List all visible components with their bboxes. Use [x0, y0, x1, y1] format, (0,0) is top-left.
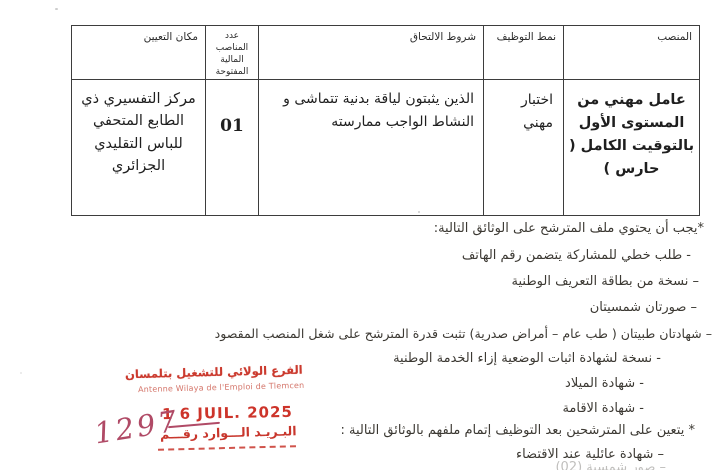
requirement-item: - شهادة الميلاد	[565, 376, 644, 392]
stamp-dashed-underline	[158, 445, 296, 451]
cell-mode: اختبار مهني	[484, 79, 564, 215]
scan-speck	[55, 8, 58, 10]
post-hire-intro: * يتعين على المترشحين بعد التوظيف إتمام …	[340, 423, 695, 439]
requirement-item: – صورتان شمسيتان	[590, 300, 697, 316]
requirement-item: - شهادة الاقامة	[562, 401, 644, 417]
scanned-document: المنصب نمط التوظيف شروط الالتحاق عدد الم…	[0, 0, 724, 470]
scan-speck	[418, 211, 420, 213]
requirement-item: - نسخة لشهادة اثبات الوضعية إزاء الخدمة …	[393, 351, 661, 367]
cell-count: 01	[206, 79, 259, 215]
col-header-mode: نمط التوظيف	[484, 26, 564, 80]
stamp-office-name-arabic: الفرع الولائي للتشغيل بتلمسان	[125, 363, 303, 382]
table-row: عامل مهني من المستوى الأول بالتوقيت الكا…	[72, 79, 700, 215]
partial-cutoff-line: – صور شمسية (02)	[555, 460, 666, 470]
requirement-item: - طلب خطي للمشاركة يتضمن رقم الهاتف	[462, 248, 691, 264]
stamp-office-name-french: Antenne Wilaya de l'Emploi de Tlemcen	[138, 381, 305, 394]
vacancy-table: المنصب نمط التوظيف شروط الالتحاق عدد الم…	[71, 25, 700, 216]
stamp-date: 1 6 JUIL. 2025	[162, 403, 293, 423]
requirement-item: – شهادتان طبيتان ( طب عام – أمراض صدرية)…	[215, 326, 712, 341]
cell-location: مركز التفسيري ذي الطابع المتحفي للباس ال…	[72, 79, 206, 215]
documents-intro: *يجب أن يحتوي ملف المترشح على الوثائق ال…	[434, 221, 704, 237]
col-header-position: المنصب	[564, 26, 700, 80]
scan-speck	[20, 372, 22, 374]
requirement-item: – نسخة من بطاقة التعريف الوطنية	[512, 274, 700, 290]
col-header-count: عدد المناصب المالية المفتوحة	[206, 26, 259, 80]
col-header-conditions: شروط الالتحاق	[259, 26, 484, 80]
cell-position: عامل مهني من المستوى الأول بالتوقيت الكا…	[564, 79, 700, 215]
col-header-location: مكان التعيين	[72, 26, 206, 80]
table-header-row: المنصب نمط التوظيف شروط الالتحاق عدد الم…	[72, 26, 700, 80]
cell-conditions: الذين يثبتون لياقة بدنية تتماشى و النشاط…	[259, 79, 484, 215]
